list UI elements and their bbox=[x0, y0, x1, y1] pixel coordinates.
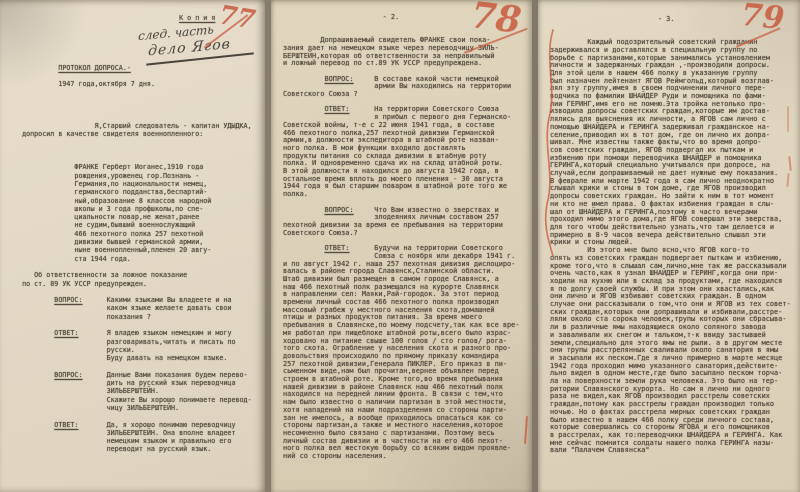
typewritten-line: чицу ЗИЛЬБЕРШТЕЙН. bbox=[10, 404, 252, 412]
red-pencil-page-number: 77 bbox=[217, 2, 257, 33]
typewritten-line: германского подданства,беспартий- bbox=[10, 188, 252, 196]
typewritten-line: разговаривать,читать и писать по bbox=[10, 338, 252, 346]
typewritten-line: 1947 года,октября 7 дня. bbox=[10, 80, 252, 88]
typewritten-line: ный,образование 8 классов народной bbox=[10, 197, 252, 205]
typewritten-line bbox=[10, 138, 252, 146]
scan-page-2: - 2. Допрашиваемый свидетель ФРАНКЕ свои… bbox=[271, 0, 532, 492]
typewritten-line: по ст. 89 УК УССР предупрежден. bbox=[10, 280, 252, 288]
typewritten-line: ста 1944 года. bbox=[10, 255, 252, 263]
typewritten-line bbox=[10, 89, 252, 97]
typewritten-line: К о п и я bbox=[10, 14, 252, 22]
typewritten-line: полка. bbox=[283, 191, 519, 199]
typewritten-text-page-3: - 3. Каждый подозрительный советский гра… bbox=[550, 16, 791, 455]
typewritten-line: Я,Старший следователь - капитан УДЫДКА, bbox=[10, 122, 252, 130]
typewritten-line: каком языке желаете давать свои bbox=[10, 304, 252, 312]
typewritten-line: ныне военнопленный,пленен 20 авгу- bbox=[10, 246, 252, 254]
typewritten-line: рождения,уроженец гор.Познань - bbox=[10, 172, 252, 180]
typewritten-line: Советского Союза ? bbox=[283, 91, 519, 99]
typewritten-line bbox=[10, 288, 252, 296]
typewritten-line: Об ответственности за ложное показание bbox=[10, 271, 252, 279]
typewritten-line bbox=[10, 147, 252, 155]
typewritten-line bbox=[10, 412, 252, 420]
typewritten-line: ФРАНКЕ Герберт Иоганес,1910 года bbox=[10, 163, 252, 171]
typewritten-line: ВОПРОС: Какими языками Вы владеете и на bbox=[10, 296, 252, 304]
typewritten-line: ЗИЛЬБЕРШТЕЙН. bbox=[10, 387, 252, 395]
typewritten-line bbox=[10, 97, 252, 105]
typewritten-line bbox=[10, 263, 252, 271]
typewritten-line: ПРОТОКОЛ ДОПРОСА.- bbox=[10, 64, 252, 72]
typewritten-line: вали "Палачем Славянска" bbox=[550, 447, 791, 455]
typewritten-line bbox=[10, 105, 252, 113]
typewritten-text-page-2: - 2. Допрашиваемый свидетель ФРАНКЕ свои… bbox=[283, 14, 519, 461]
typewritten-line: русски. bbox=[10, 346, 252, 354]
document-scan: К о п и я ПРОТОКОЛ ДОПРОСА.- 1947 года,о… bbox=[0, 0, 800, 492]
typewritten-line: Скажите Вы хорошо понимаете перевод- bbox=[10, 396, 252, 404]
typewritten-line: не судим,бывший военнослужащий bbox=[10, 221, 252, 229]
red-pencil-wavy-margin-line bbox=[539, 26, 563, 261]
typewritten-line: ОТВЕТ: Да, я хорошо понимаю переводчицу bbox=[10, 421, 252, 429]
typewritten-line: переводит на русский язык. bbox=[10, 445, 252, 453]
red-pencil-margin-mark bbox=[524, 416, 528, 444]
typewritten-line: 1944 года я был старшим поваром в штабно… bbox=[283, 183, 519, 191]
typewritten-line: Германия,по национальности немец, bbox=[10, 180, 252, 188]
scan-page-1: К о п и я ПРОТОКОЛ ДОПРОСА.- 1947 года,о… bbox=[0, 0, 265, 492]
typewritten-line: ЗИЛЬБЕРШТЕЙН. Она вполне владеет bbox=[10, 429, 252, 437]
typewritten-line: и ложный перевод по ст.89 УК УССР предуп… bbox=[283, 60, 519, 68]
typewritten-line: ний со стороны населения. bbox=[283, 453, 519, 461]
typewritten-line bbox=[10, 22, 252, 30]
typewritten-line bbox=[10, 114, 252, 122]
typewritten-line: Советского Союза.? bbox=[283, 230, 519, 238]
typewritten-line: ОТВЕТ: Я владею языком немецким и могу bbox=[10, 329, 252, 337]
typewritten-line bbox=[10, 362, 252, 370]
typewritten-line: показания ? bbox=[10, 313, 252, 321]
typewritten-line: школы и 3 года профшколы,по спе- bbox=[10, 205, 252, 213]
typewritten-line: ВОПРОС: Данные Вами показания будем пере… bbox=[10, 371, 252, 379]
red-pencil-margin-mark bbox=[788, 156, 792, 171]
typewritten-line: Буду давать на немецком языке. bbox=[10, 354, 252, 362]
typewritten-line: допросил в качестве свидетеля военноплен… bbox=[10, 130, 252, 138]
typewritten-text-page-1: К о п и я ПРОТОКОЛ ДОПРОСА.- 1947 года,о… bbox=[10, 14, 252, 454]
typewritten-line: 466 пехотного полка 257 пехотной bbox=[10, 230, 252, 238]
scan-page-3: - 3. Каждый подозрительный советский гра… bbox=[538, 0, 800, 492]
red-pencil-margin-mark bbox=[787, 106, 789, 132]
